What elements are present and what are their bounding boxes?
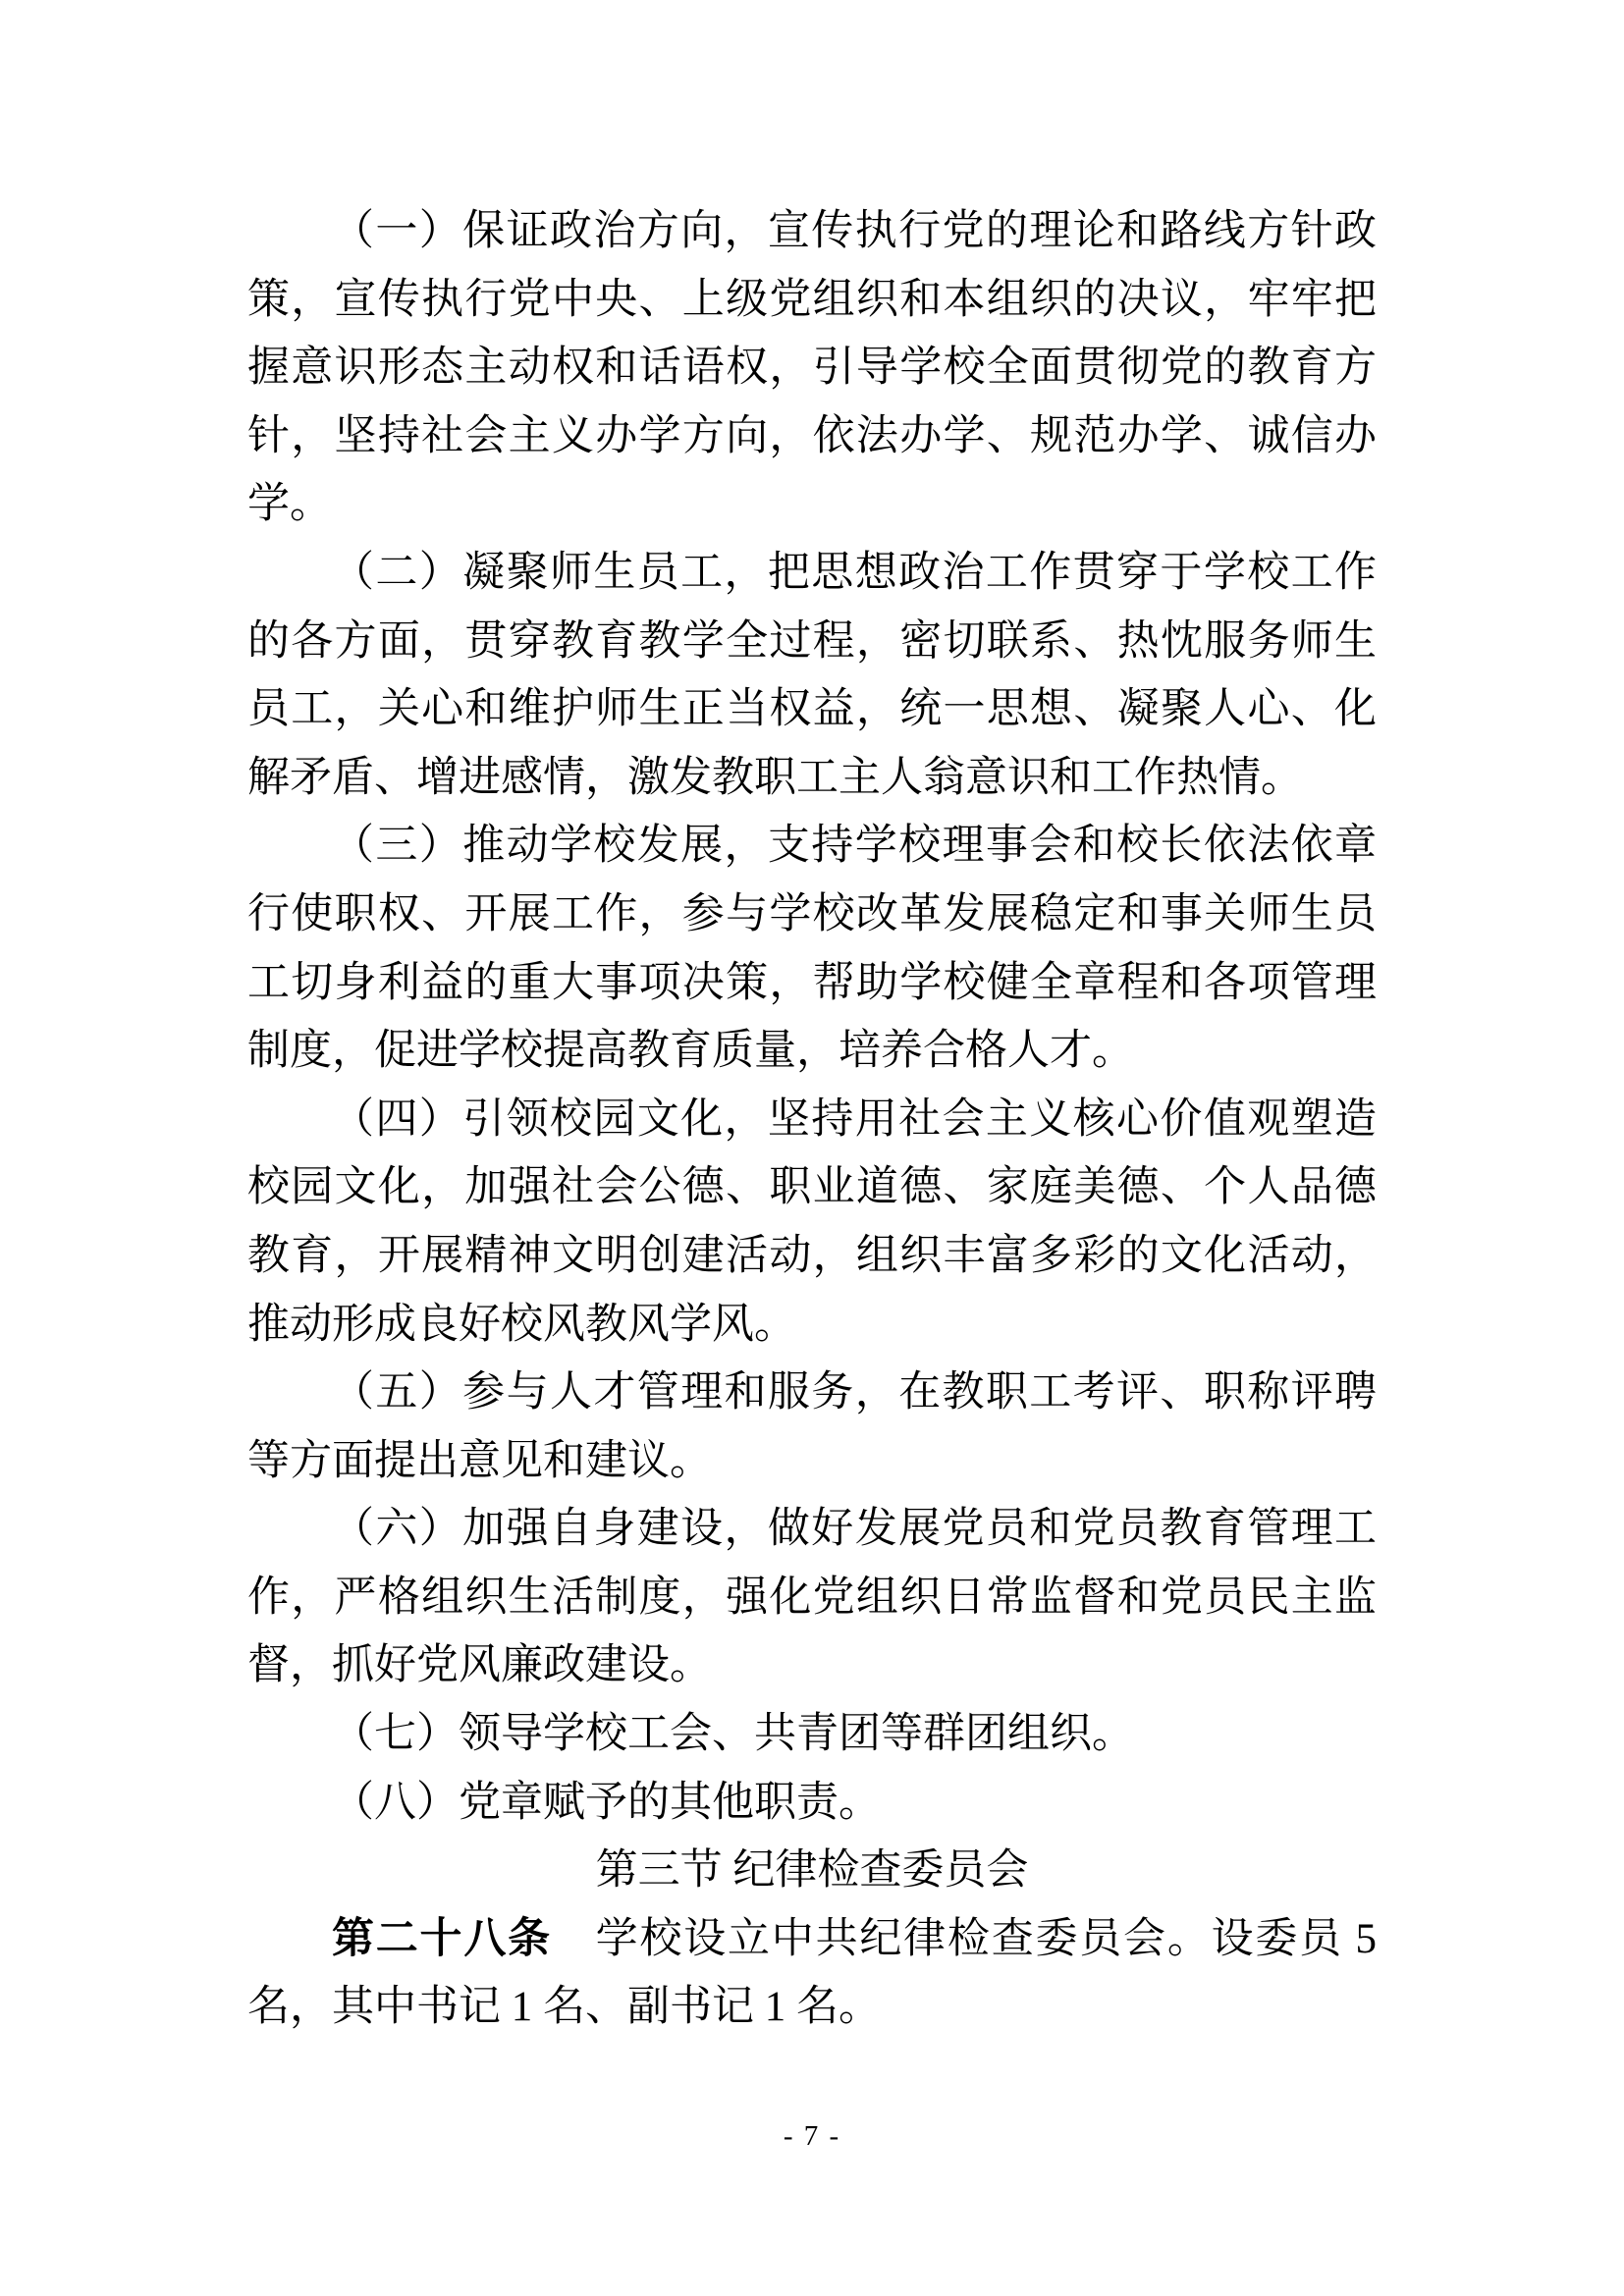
text-line: （四）引领校园文化，坚持用社会主义核心价值观塑造 bbox=[247, 1086, 1377, 1154]
text-line: （七）领导学校工会、共青团等群团组织。 bbox=[247, 1700, 1377, 1769]
text-line: 等方面提出意见和建议。 bbox=[247, 1427, 1377, 1496]
text-line: 的各方面，贯穿教育教学全过程，密切联系、热忱服务师生 bbox=[247, 608, 1377, 676]
text-line: 作，严格组织生活制度，强化党组织日常监督和党员民主监 bbox=[247, 1564, 1377, 1632]
text-line: 制度，促进学校提高教育质量，培养合格人才。 bbox=[247, 1017, 1377, 1086]
text-line: （一）保证政治方向，宣传执行党的理论和路线方针政 bbox=[247, 197, 1377, 266]
text-line: 握意识形态主动权和话语权，引导学校全面贯彻党的教育方 bbox=[247, 334, 1377, 402]
text-line: 行使职权、开展工作，参与学校改革发展稳定和事关师生员 bbox=[247, 881, 1377, 949]
text-line: 工切身利益的重大事项决策，帮助学校健全章程和各项管理 bbox=[247, 949, 1377, 1018]
document-page: （一）保证政治方向，宣传执行党的理论和路线方针政策，宣传执行党中央、上级党组织和… bbox=[0, 0, 1624, 2296]
section-heading: 第三节 纪律检查委员会 bbox=[247, 1837, 1377, 1905]
text-line: （三）推动学校发展，支持学校理事会和校长依法依章 bbox=[247, 812, 1377, 881]
text-line: 员工，关心和维护师生正当权益，统一思想、凝聚人心、化 bbox=[247, 675, 1377, 744]
text-line: 策，宣传执行党中央、上级党组织和本组织的决议，牢牢把 bbox=[247, 266, 1377, 335]
text-line: 校园文化，加强社会公德、职业道德、家庭美德、个人品德 bbox=[247, 1153, 1377, 1222]
text-line: 教育，开展精神文明创建活动，组织丰富多彩的文化活动， bbox=[247, 1222, 1377, 1291]
article-line: 名，其中书记 1 名、副书记 1 名。 bbox=[247, 1973, 1377, 2042]
text-line: （八）党章赋予的其他职责。 bbox=[247, 1769, 1377, 1838]
text-line: （六）加强自身建设，做好发展党员和党员教育管理工 bbox=[247, 1495, 1377, 1564]
page-number: - 7 - bbox=[0, 2120, 1624, 2153]
text-line: （二）凝聚师生员工，把思想政治工作贯穿于学校工作 bbox=[247, 539, 1377, 608]
text-body: （一）保证政治方向，宣传执行党的理论和路线方针政策，宣传执行党中央、上级党组织和… bbox=[247, 197, 1377, 2042]
text-line: 针，坚持社会主义办学方向，依法办学、规范办学、诚信办 bbox=[247, 402, 1377, 471]
text-line: 解矛盾、增进感情，激发教职工主人翁意识和工作热情。 bbox=[247, 744, 1377, 813]
article-number: 第二十八条 bbox=[332, 1916, 552, 1962]
text-line: （五）参与人才管理和服务，在教职工考评、职称评聘 bbox=[247, 1359, 1377, 1427]
text-line: 学。 bbox=[247, 470, 1377, 539]
text-line: 督，抓好党风廉政建设。 bbox=[247, 1631, 1377, 1700]
text-line: 推动形成良好校风教风学风。 bbox=[247, 1291, 1377, 1360]
article-first-line: 第二十八条 学校设立中共纪律检查委员会。设委员 5 bbox=[247, 1905, 1377, 1974]
